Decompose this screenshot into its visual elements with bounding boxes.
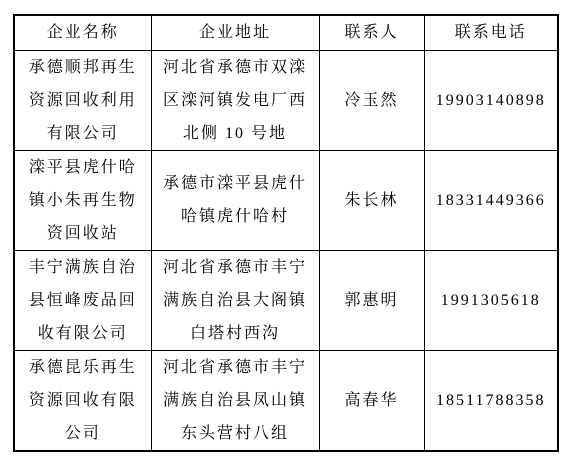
cell-contact-person: 高春华 [319, 350, 424, 451]
cell-contact-person: 朱长林 [319, 150, 424, 250]
cell-company-name: 承德顺邦再生资源回收利用有限公司 [14, 50, 151, 150]
cell-contact-phone: 19903140898 [424, 50, 558, 150]
cell-contact-phone: 18511788358 [424, 350, 558, 451]
header-contact-phone: 联系电话 [424, 15, 558, 50]
cell-contact-phone: 1991305618 [424, 250, 558, 350]
cell-company-name: 承德昆乐再生资源回收有限公司 [14, 350, 151, 451]
table-row: 承德昆乐再生资源回收有限公司 河北省承德市丰宁满族自治县凤山镇东头营村八组 高春… [14, 350, 558, 451]
cell-company-address: 河北省承德市丰宁满族自治县凤山镇东头营村八组 [151, 350, 319, 451]
table-row: 滦平县虎什哈镇小朱再生物资回收站 承德市滦平县虎什哈镇虎什哈村 朱长林 1833… [14, 150, 558, 250]
document-page: 企业名称 企业地址 联系人 联系电话 承德顺邦再生资源回收利用有限公司 河北省承… [0, 0, 569, 464]
cell-company-address: 河北省承德市丰宁满族自治县大阁镇白塔村西沟 [151, 250, 319, 350]
cell-contact-person: 冷玉然 [319, 50, 424, 150]
cell-contact-person: 郭惠明 [319, 250, 424, 350]
table-row: 丰宁满族自治县恒峰废品回收有限公司 河北省承德市丰宁满族自治县大阁镇白塔村西沟 … [14, 250, 558, 350]
cell-company-name: 丰宁满族自治县恒峰废品回收有限公司 [14, 250, 151, 350]
cell-contact-phone: 18331449366 [424, 150, 558, 250]
header-company-name: 企业名称 [14, 15, 151, 50]
header-row: 企业名称 企业地址 联系人 联系电话 [14, 15, 558, 50]
header-contact-person: 联系人 [319, 15, 424, 50]
header-company-address: 企业地址 [151, 15, 319, 50]
cell-company-address: 承德市滦平县虎什哈镇虎什哈村 [151, 150, 319, 250]
table-row: 承德顺邦再生资源回收利用有限公司 河北省承德市双滦区滦河镇发电厂西北侧 10 号… [14, 50, 558, 150]
cell-company-address: 河北省承德市双滦区滦河镇发电厂西北侧 10 号地 [151, 50, 319, 150]
company-contact-table: 企业名称 企业地址 联系人 联系电话 承德顺邦再生资源回收利用有限公司 河北省承… [13, 14, 559, 452]
cell-company-name: 滦平县虎什哈镇小朱再生物资回收站 [14, 150, 151, 250]
